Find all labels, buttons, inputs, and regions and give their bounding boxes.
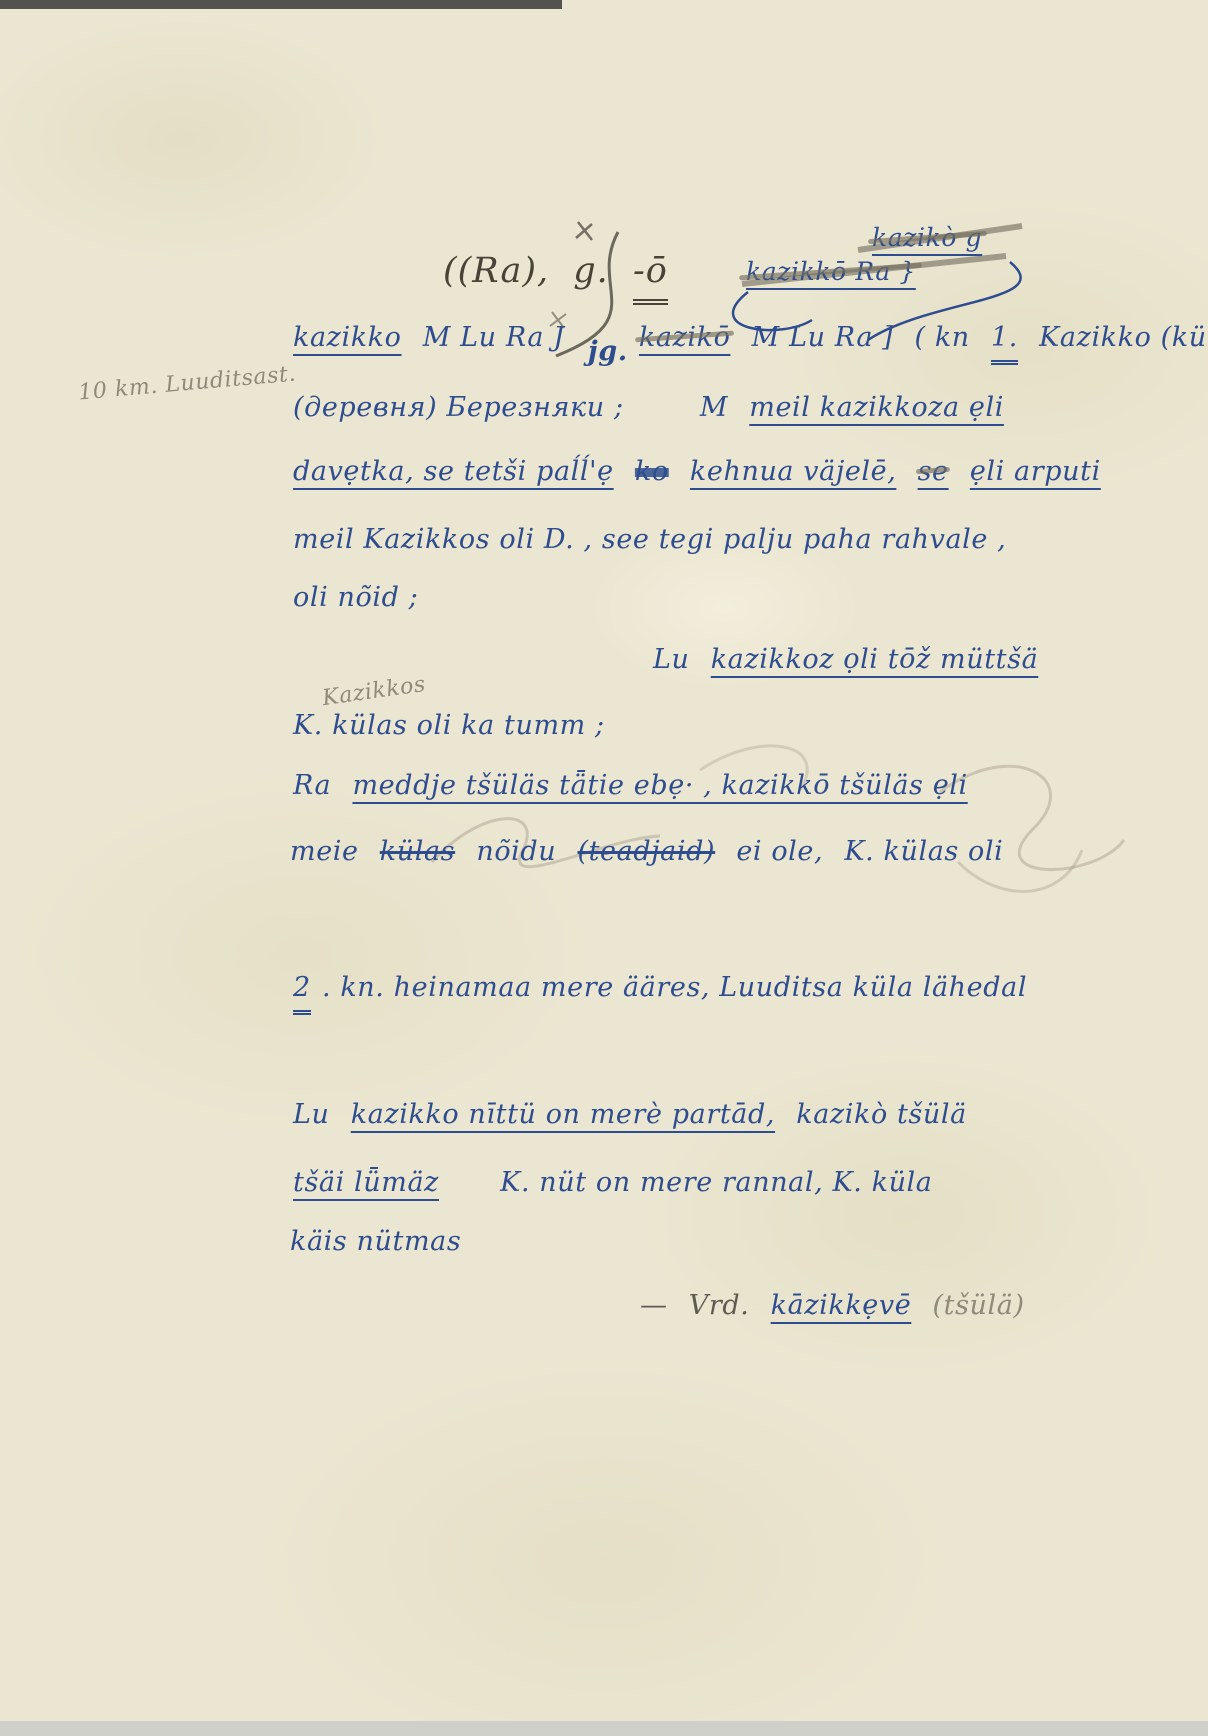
margin-note-distance: 10 km. Luuditsast. xyxy=(77,359,297,410)
manuscript-page: ((Ra), g. -ō kazikò g kazikkō Ra } kazik… xyxy=(0,0,1208,1736)
formula-ending: -ō xyxy=(633,246,668,305)
votic-quote-line-4: tšäi lǖmäz K. nüt on mere rannal, K. kül… xyxy=(293,1163,933,1202)
estonian-gloss-line-2: oli nõid ; xyxy=(293,578,418,617)
source-sigla-2: M Lu Ra ] xyxy=(752,318,894,357)
scan-edge-top xyxy=(0,0,562,9)
scan-edge-bottom xyxy=(0,1721,1208,1736)
sense-number-2: 2 xyxy=(293,968,311,1015)
estonian-gloss-line-5: käis nütmas xyxy=(290,1222,461,1261)
text-line-2: (деревня) Березняки ; M meil kazikkoza ẹ… xyxy=(293,388,1004,427)
estonian-gloss-line: meil Kazikkos oli D. , see tegi palju pa… xyxy=(293,520,1006,559)
russian-gloss: (деревня) Березняки ; xyxy=(293,388,624,427)
source-siglum: M xyxy=(700,388,728,427)
formula-gender: g. xyxy=(573,246,609,297)
source-siglum: Ra xyxy=(293,766,331,805)
sense-open: ( kn xyxy=(915,318,970,357)
dash-mark: — xyxy=(640,1286,668,1325)
source-sigla: M Lu Ra J xyxy=(423,318,565,357)
cross-reference-line: — Vrd. kāzikkẹvē (tšülä) xyxy=(640,1286,1025,1325)
sense-number: 1. xyxy=(991,318,1018,365)
text-line-3: davẹtka, se tetši paĺĺ'ẹ ko kehnua väjel… xyxy=(293,452,1101,491)
deleted-word-3: külas xyxy=(380,832,455,871)
estonian-gloss-line-4: meie külas nõidu (teadjaid) ei ole, K. k… xyxy=(290,832,1003,871)
deleted-headword-top: kazikò g xyxy=(872,220,982,256)
votic-quote-line: Lu kazikkoz ọli tōž müttšä xyxy=(633,640,1038,679)
formula-prefix: ((Ra), xyxy=(443,246,549,297)
votic-quote: meil kazikkoza ẹli xyxy=(749,388,1004,427)
cross-reference-word: kāzikkẹvē xyxy=(771,1286,912,1325)
source-siglum: Lu xyxy=(653,640,690,679)
header-grammar-formula: ((Ra), g. -ō xyxy=(443,246,668,305)
deleted-word-2: se xyxy=(918,452,949,491)
headword-variant-deleted: kazikō xyxy=(639,318,731,357)
sense-2-line: 2 . kn. heinamaa mere ääres, Luuditsa kü… xyxy=(293,968,1027,1015)
pencil-cross-mark xyxy=(576,222,592,240)
votic-quote-line-3: Lu kazikko nīttü on merè partād, kazikò … xyxy=(293,1095,967,1134)
vrd-abbreviation: Vrd. xyxy=(689,1286,750,1325)
source-siglum: Lu xyxy=(293,1095,330,1134)
headword-line: kazikko M Lu Ra J jg. kazikō M Lu Ra ] (… xyxy=(293,318,1208,365)
estonian-gloss-line-3: K. külas oli ka tumm ; xyxy=(293,706,605,745)
deleted-word-4: (teadjaid) xyxy=(577,832,715,871)
headword: kazikko xyxy=(293,318,402,357)
sense-gloss: Kazikko (küla) xyxy=(1039,318,1208,357)
deleted-headword-bottom: kazikkō Ra } xyxy=(746,254,916,290)
votic-quote-line-2: Ra meddje tšüläs tǟtie ebẹ· , kazikkō tš… xyxy=(293,766,968,805)
deleted-word: ko xyxy=(635,452,669,491)
cross-reference-gloss: (tšülä) xyxy=(933,1286,1025,1325)
ink-blot-insertion: jg. xyxy=(588,332,628,371)
